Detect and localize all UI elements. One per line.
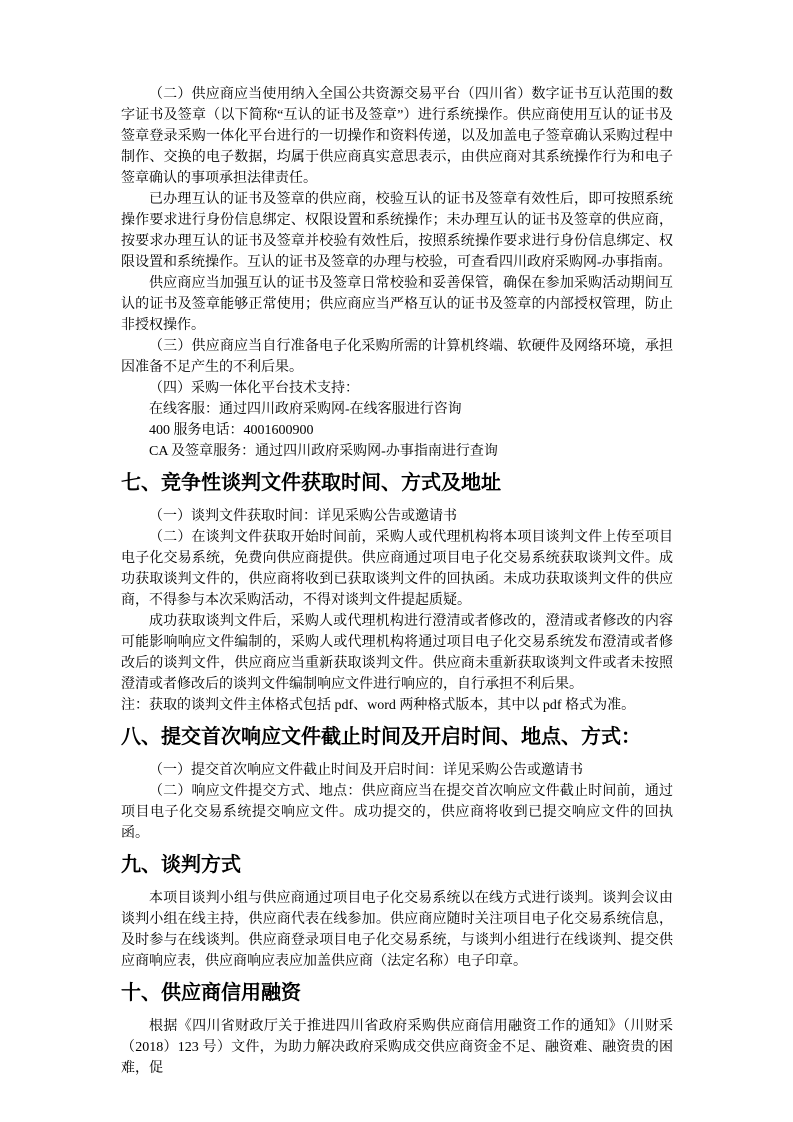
section-heading-9-negotiation-method: 九、谈判方式 <box>121 852 673 878</box>
section-heading-10-supplier-credit-financing: 十、供应商信用融资 <box>121 980 673 1006</box>
document-page: （二）供应商应当使用纳入全国公共资源交易平台（四川省）数字证书互认范围的数字证书… <box>0 0 793 1122</box>
paragraph-equipment-preparation: （三）供应商应当自行准备电子化采购所需的计算机终端、软硬件及网络环境，承担因准备… <box>121 336 673 378</box>
paragraph-deadline-time: （一）提交首次响应文件截止时间及开启时间：详见采购公告或邀请书 <box>121 760 673 781</box>
paragraph-clarification-reacquire: 成功获取谈判文件后，采购人或代理机构进行澄清或者修改的，澄清或者修改的内容可能影… <box>121 611 673 695</box>
paragraph-credit-financing-policy: 根据《四川省财政厅关于推进四川省政府采购供应商信用融资工作的通知》（川财采（20… <box>121 1016 673 1079</box>
paragraph-cert-safekeeping: 供应商应当加强互认的证书及签章日常校验和妥善保管，确保在参加采购活动期间互认的证… <box>121 273 673 336</box>
paragraph-submission-method: （二）响应文件提交方式、地点：供应商应当在提交首次响应文件截止时间前，通过项目电… <box>121 781 673 844</box>
section-heading-8-submission-deadline: 八、提交首次响应文件截止时间及开启时间、地点、方式： <box>121 724 673 750</box>
paragraph-online-service-line: 在线客服：通过四川政府采购网-在线客服进行咨询 <box>121 399 673 420</box>
paragraph-hotline-number: 400 服务电话：4001600900 <box>121 420 673 441</box>
paragraph-cert-validation: 已办理互认的证书及签章的供应商，校验互认的证书及签章有效性后，即可按照系统操作要… <box>121 189 673 273</box>
paragraph-ca-signature-service: CA 及签章服务：通过四川政府采购网-办事指南进行查询 <box>121 441 673 462</box>
paragraph-digital-cert-usage: （二）供应商应当使用纳入全国公共资源交易平台（四川省）数字证书互认范围的数字证书… <box>121 84 673 189</box>
paragraph-acquisition-method: （二）在谈判文件获取开始时间前，采购人或代理机构将本项目谈判文件上传至项目电子化… <box>121 527 673 611</box>
note-file-format: 注：获取的谈判文件主体格式包括 pdf、word 两种格式版本，其中以 pdf … <box>121 695 673 716</box>
paragraph-online-negotiation: 本项目谈判小组与供应商通过项目电子化交易系统以在线方式进行谈判。谈判会议由谈判小… <box>121 888 673 972</box>
section-heading-7-document-acquisition: 七、竞争性谈判文件获取时间、方式及地址 <box>121 470 673 496</box>
paragraph-tech-support-title: （四）采购一体化平台技术支持： <box>121 378 673 399</box>
paragraph-acquisition-time: （一）谈判文件获取时间：详见采购公告或邀请书 <box>121 506 673 527</box>
